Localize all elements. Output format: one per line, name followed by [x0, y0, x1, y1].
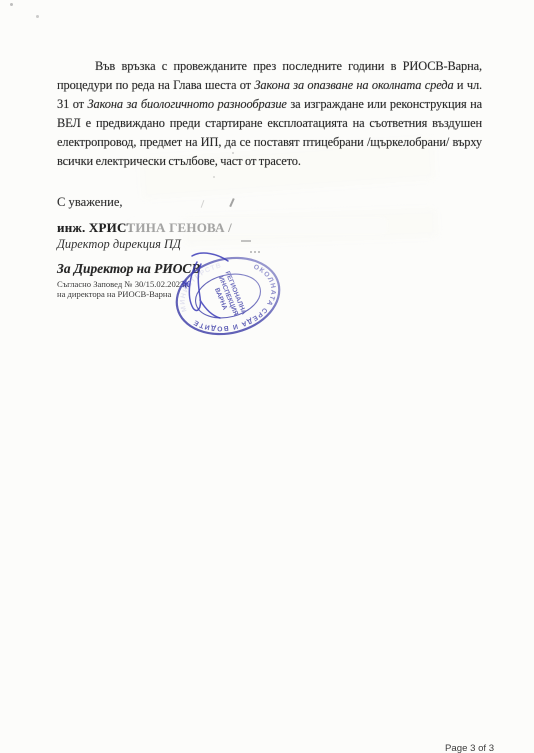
body-paragraph: Във връзка с провежданите през последнит…	[57, 57, 482, 171]
signer-title: Директор дирекция ПД	[57, 237, 181, 252]
document-page: Във връзка с провежданите през последнит…	[0, 0, 534, 753]
closing-line: С уважение,	[57, 195, 123, 210]
page-number: Page 3 of 3	[445, 743, 494, 753]
scan-mark	[241, 240, 251, 242]
order-note-line2: на директора на РИОСВ-Варна	[57, 289, 171, 299]
scan-mark	[229, 198, 234, 207]
official-round-stamp: ОКОЛНАТА СРЕДА И ВОДИТЕ МИНИСТЕРСТВО НА …	[166, 246, 300, 346]
scan-speck	[36, 15, 39, 18]
scan-mark	[201, 200, 205, 208]
scan-speck	[10, 3, 13, 6]
whiteout-over-name	[128, 217, 388, 235]
scan-speck	[213, 176, 215, 178]
signature-star-mark	[182, 280, 190, 288]
scan-speck	[232, 152, 234, 154]
